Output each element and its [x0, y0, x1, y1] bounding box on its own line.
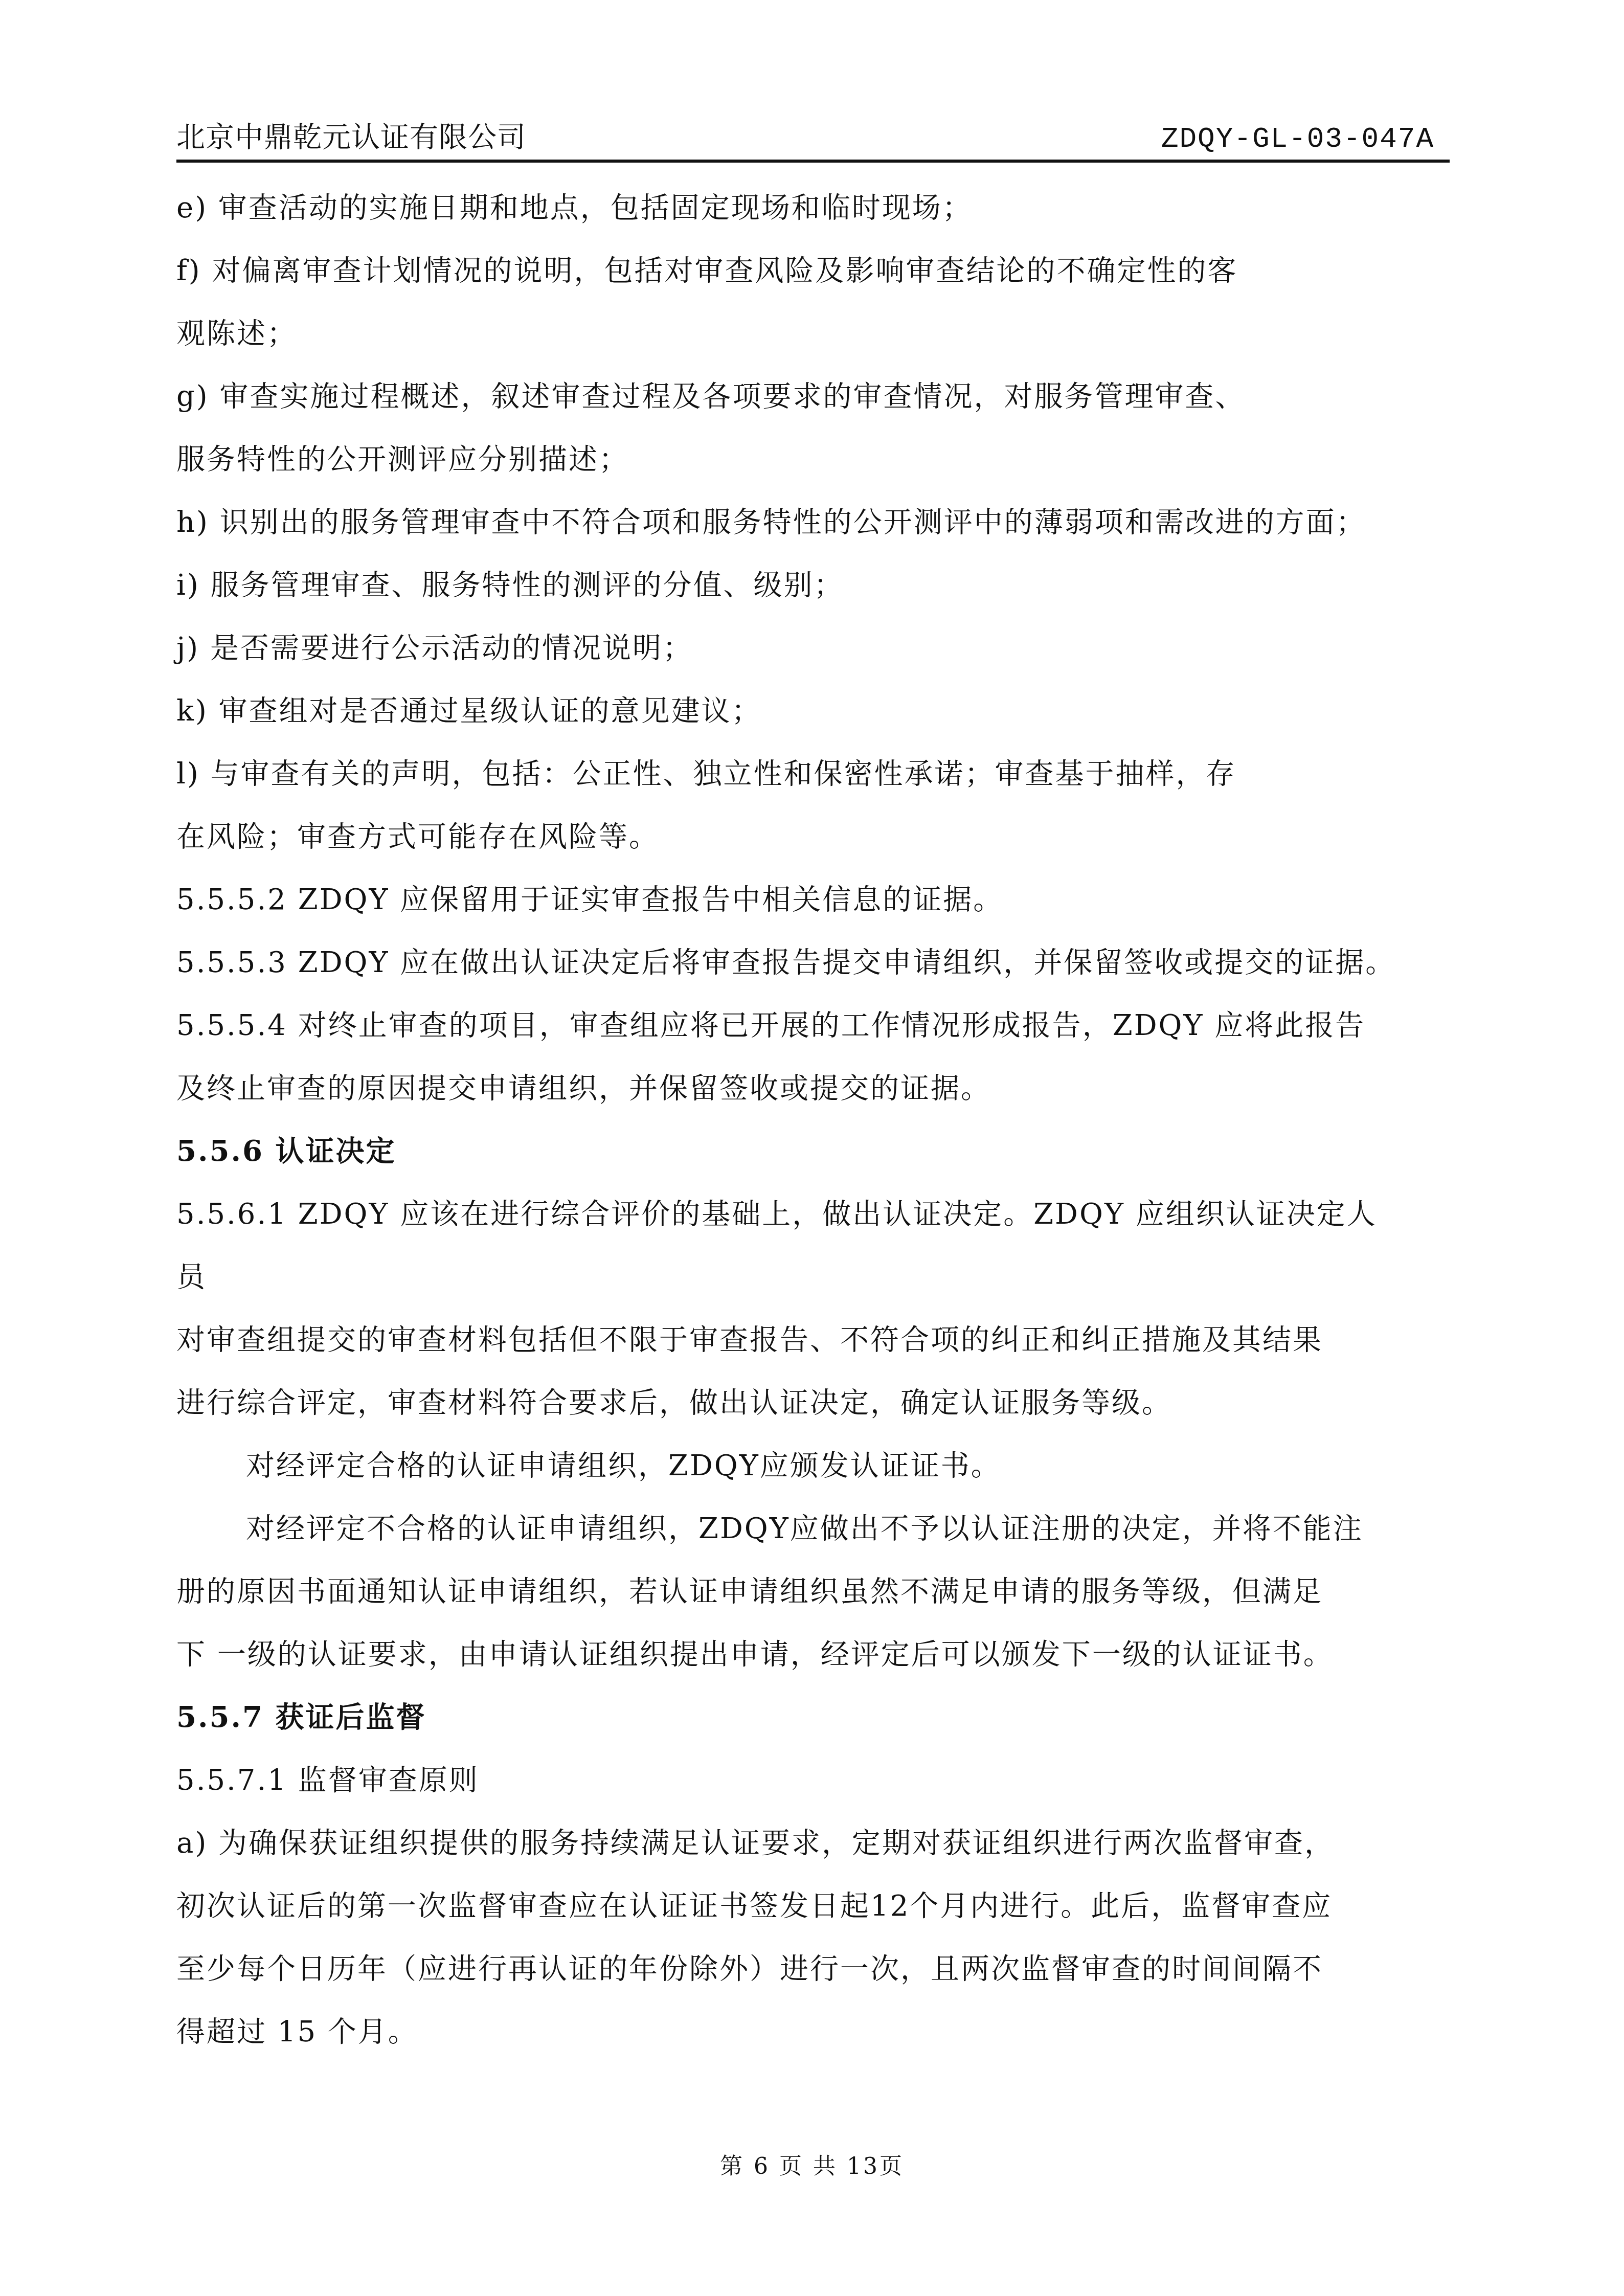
section-heading-5-5-6: 5.5.6 认证决定	[176, 1120, 1485, 1183]
company-name: 北京中鼎乾元认证有限公司	[176, 115, 526, 155]
paragraph-unqualified-cont-2: 下 一级的认证要求，由申请认证组织提出申请，经评定后可以颁发下一级的认证证书。	[176, 1623, 1485, 1686]
paragraph-unqualified-cont-1: 册的原因书面通知认证申请组织，若认证申请组织虽然不满足申请的服务等级，但满足	[176, 1560, 1485, 1623]
clause-5-5-6-1-para: 对审查组提交的审查材料包括但不限于审查报告、不符合项的纠正和纠正措施及其结果	[176, 1309, 1485, 1371]
list-item-a: a) 为确保获证组织提供的服务持续满足认证要求，定期对获证组织进行两次监督审查，	[176, 1812, 1485, 1875]
clause-5-5-6-1: 5.5.6.1 ZDQY 应该在进行综合评价的基础上，做出认证决定。ZDQY 应…	[176, 1183, 1485, 1246]
list-item-f-cont: 观陈述；	[176, 302, 1485, 365]
document-body: e) 审查活动的实施日期和地点，包括固定现场和临时现场； f) 对偏离审查计划情…	[176, 176, 1485, 2063]
page-header: 北京中鼎乾元认证有限公司 ZDQY-GL-03-047A	[176, 119, 1450, 163]
list-item-e: e) 审查活动的实施日期和地点，包括固定现场和临时现场；	[176, 176, 1485, 239]
list-item-l-cont: 在风险；审查方式可能存在风险等。	[176, 805, 1485, 868]
list-item-k: k) 审查组对是否通过星级认证的意见建议；	[176, 680, 1485, 742]
page-number: 第 6 页 共 13页	[0, 2148, 1624, 2180]
clause-5-5-6-1-para-cont: 进行综合评定，审查材料符合要求后，做出认证决定，确定认证服务等级。	[176, 1371, 1485, 1434]
clause-5-5-5-2: 5.5.5.2 ZDQY 应保留用于证实审查报告中相关信息的证据。	[176, 868, 1485, 931]
list-item-f: f) 对偏离审查计划情况的说明，包括对审查风险及影响审查结论的不确定性的客	[176, 239, 1485, 302]
list-item-a-cont-1: 初次认证后的第一次监督审查应在认证证书签发日起12个月内进行。此后，监督审查应	[176, 1875, 1485, 1938]
document-code: ZDQY-GL-03-047A	[1161, 123, 1434, 155]
paragraph-unqualified: 对经评定不合格的认证申请组织，ZDQY应做出不予以认证注册的决定，并将不能注	[176, 1497, 1485, 1560]
list-item-l: l) 与审查有关的声明，包括：公正性、独立性和保密性承诺；审查基于抽样，存	[176, 742, 1485, 805]
clause-5-5-5-3: 5.5.5.3 ZDQY 应在做出认证决定后将审查报告提交申请组织，并保留签收或…	[176, 931, 1485, 994]
clause-5-5-7-1: 5.5.7.1 监督审查原则	[176, 1749, 1485, 1812]
list-item-a-cont-2: 至少每个日历年（应进行再认证的年份除外）进行一次，且两次监督审查的时间间隔不	[176, 1938, 1485, 2000]
list-item-g-cont: 服务特性的公开测评应分别描述；	[176, 428, 1485, 491]
list-item-g: g) 审查实施过程概述，叙述审查过程及各项要求的审查情况，对服务管理审查、	[176, 365, 1485, 428]
clause-5-5-5-4-cont: 及终止审查的原因提交申请组织，并保留签收或提交的证据。	[176, 1057, 1485, 1120]
clause-5-5-6-1-cont: 员	[176, 1246, 1485, 1309]
clause-5-5-5-4: 5.5.5.4 对终止审查的项目，审查组应将已开展的工作情况形成报告，ZDQY …	[176, 994, 1485, 1057]
list-item-j: j) 是否需要进行公示活动的情况说明；	[176, 617, 1485, 680]
list-item-h: h) 识别出的服务管理审查中不符合项和服务特性的公开测评中的薄弱项和需改进的方面…	[176, 491, 1485, 554]
section-heading-5-5-7: 5.5.7 获证后监督	[176, 1686, 1485, 1749]
list-item-i: i) 服务管理审查、服务特性的测评的分值、级别；	[176, 554, 1485, 617]
paragraph-qualified: 对经评定合格的认证申请组织，ZDQY应颁发认证证书。	[176, 1434, 1485, 1497]
list-item-a-cont-3: 得超过 15 个月。	[176, 2000, 1485, 2063]
